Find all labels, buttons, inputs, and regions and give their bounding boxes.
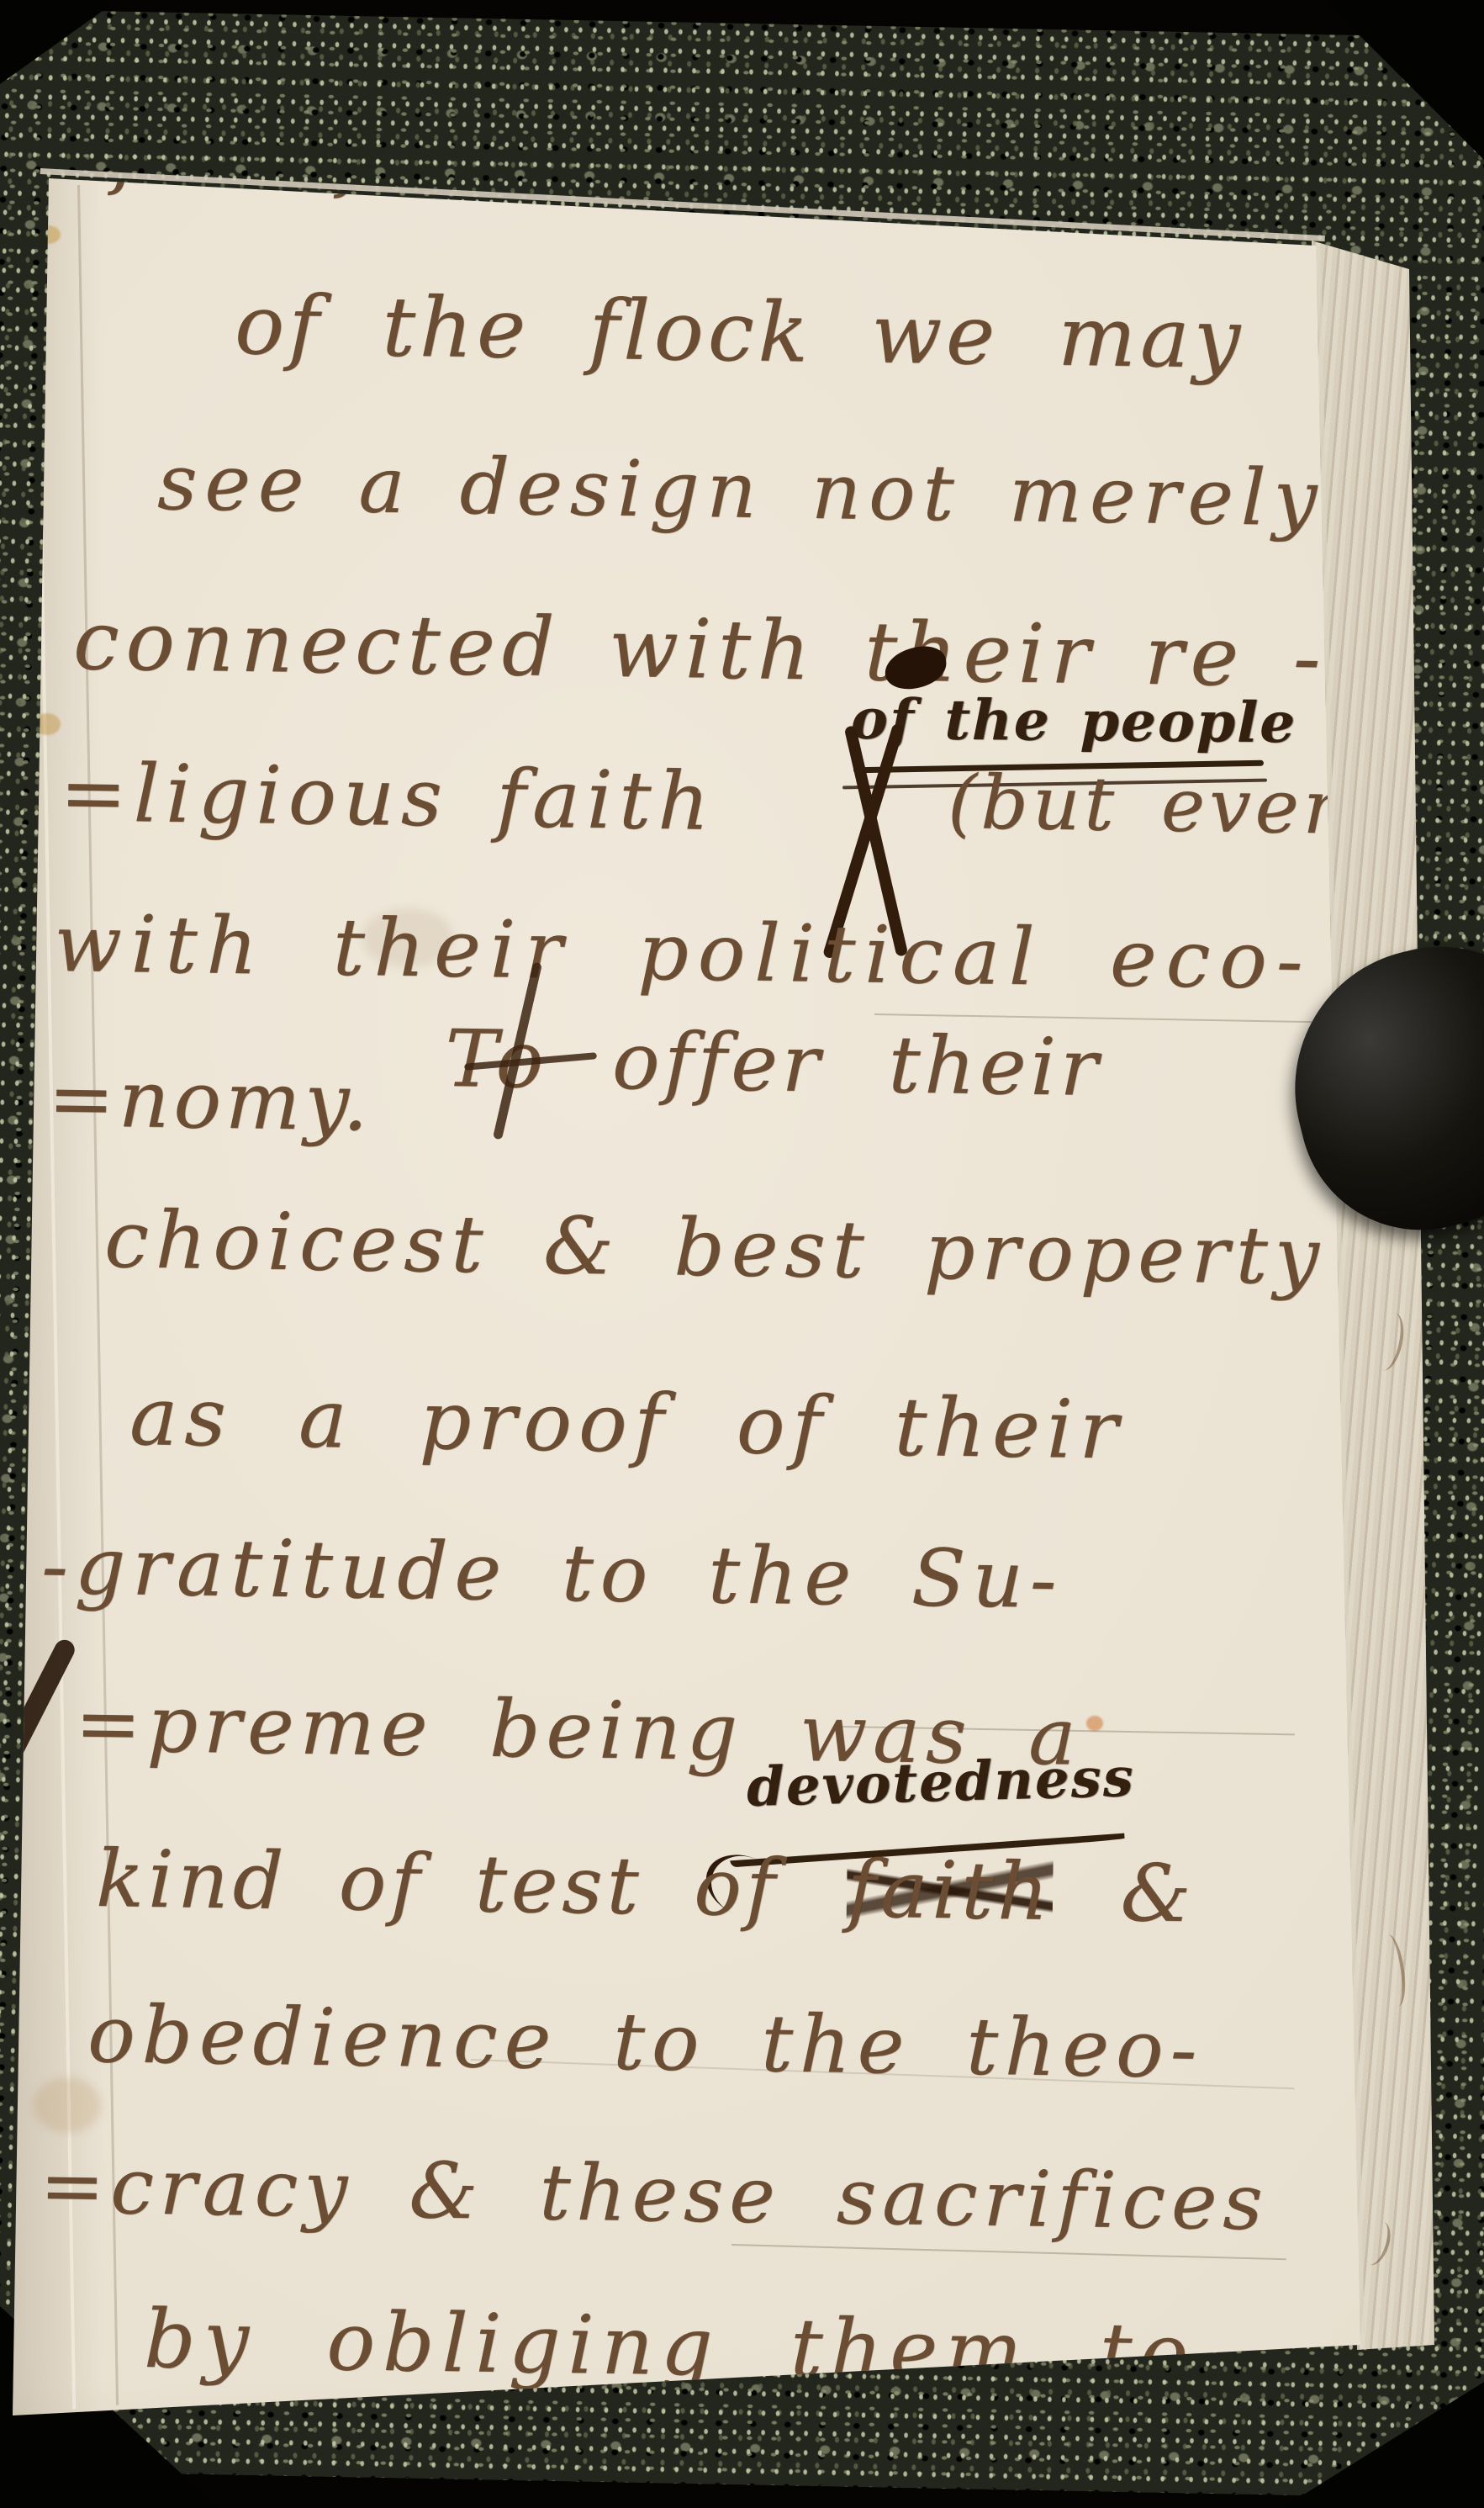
stain <box>34 2077 101 2133</box>
handwriting-line: of the flock we may <box>234 278 1244 388</box>
manuscript-page: 69 first fruits & of the chosen of the f… <box>0 0 1484 2508</box>
handwriting-line: see a design not merely <box>157 437 1326 543</box>
handwriting-line: =nomy. <box>47 1053 372 1149</box>
interlinear-insertion: of the people <box>851 686 1297 756</box>
handwriting-line: =cracy & these sacrifices <box>40 2140 1270 2247</box>
handwriting-segment: & <box>1120 1848 1196 1940</box>
handwriting-line: (but even <box>948 759 1356 851</box>
interlinear-insertion: devotedness <box>746 1746 1135 1819</box>
handwriting-line: To offer their <box>444 1013 1102 1114</box>
handwriting-line: as a proof of their <box>129 1369 1125 1478</box>
handwriting-segment: kind of test of <box>95 1833 779 1934</box>
handwriting-line: with their political eco- <box>53 898 1312 1008</box>
handwriting-line: choicest & best property <box>103 1194 1326 1303</box>
notebook-photo: 69 first fruits & of the chosen of the f… <box>0 0 1484 2508</box>
handwriting-line: -gratitude to the Su- <box>40 1521 1064 1627</box>
handwriting-line: =ligious faith <box>59 747 716 849</box>
stain <box>1086 1716 1103 1731</box>
struck-word: faith <box>847 1844 1054 1938</box>
handwriting-line: kind of test of faith & <box>95 1833 1196 1940</box>
handwriting-line: obedience to the theo- <box>87 1989 1204 2097</box>
